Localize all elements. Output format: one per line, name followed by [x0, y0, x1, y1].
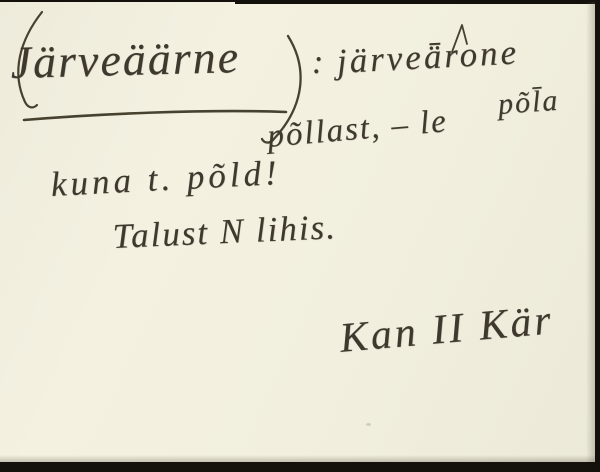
source-text: Talust N lihis.: [112, 209, 338, 254]
scan-top-edge: [235, 0, 600, 4]
headword-text: Järveäärne: [10, 34, 241, 86]
card-right-shadow: [586, 2, 595, 462]
inserted-word-text: põl̄a: [497, 86, 560, 120]
scanned-index-card: Järveäärne : järveǟrone põl̄a põllast, –…: [0, 0, 600, 472]
colon-separator: :: [312, 46, 323, 80]
pronunciation-text: järveǟrone: [336, 34, 520, 78]
card-bottom-shadow: [0, 455, 595, 462]
paper-speckle: [366, 423, 371, 426]
